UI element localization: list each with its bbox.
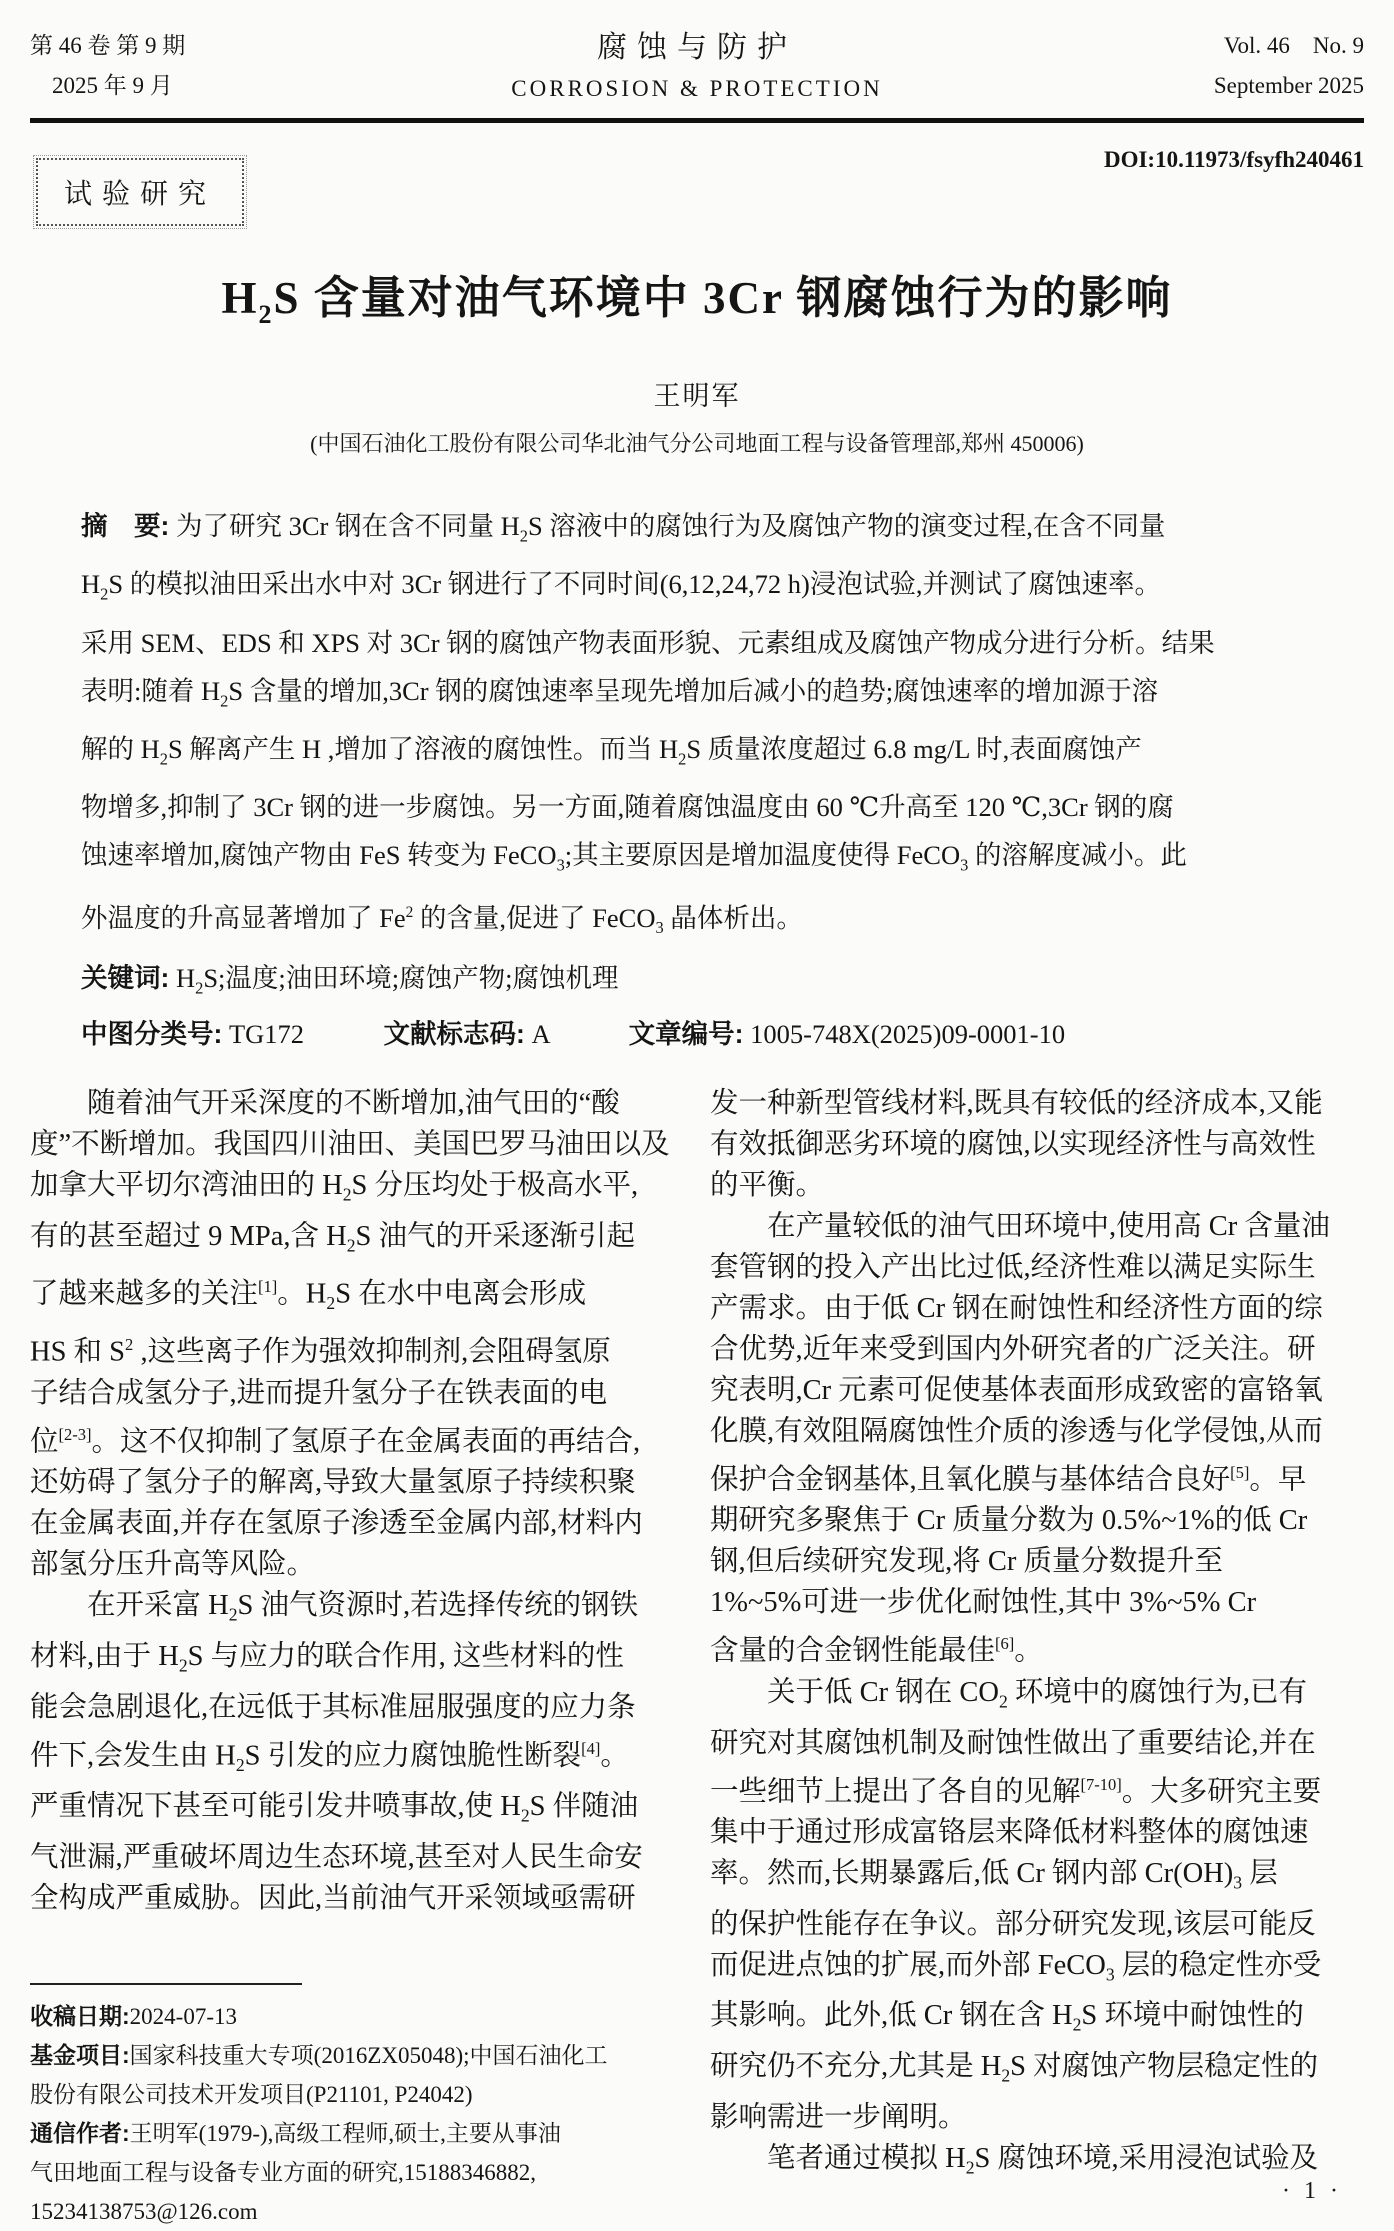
issue-date-line: 2025 年 9 月: [30, 66, 330, 106]
research-type-badge: 试验研究: [36, 158, 244, 226]
author-affiliation: (中国石油化工股份有限公司华北油气分公司地面工程与设备管理部,郑州 450006…: [30, 427, 1364, 458]
volume-info: Vol. 46 No. 9 September 2025: [1064, 26, 1364, 106]
journal-title-cn: 腐蚀与防护: [330, 26, 1064, 70]
body-paragraph: 关于低 Cr 钢在 CO2 环境中的腐蚀行为,已有研究对其腐蚀机制及耐蚀性做出了…: [710, 1672, 1364, 2138]
footnote: 收稿日期:2024-07-13基金项目:国家科技重大专项(2016ZX05048…: [30, 1983, 684, 2231]
footnote-text: 收稿日期:2024-07-13基金项目:国家科技重大专项(2016ZX05048…: [30, 1997, 684, 2231]
body-columns: 随着油气开采深度的不断增加,油气田的“酸度”不断增加。我国四川油田、美国巴罗马油…: [30, 1083, 1364, 2231]
body-paragraph: 发一种新型管线材料,既具有较低的经济成本,又能有效抵御恶劣环境的腐蚀,以实现经济…: [710, 1083, 1364, 1206]
column-left: 随着油气开采深度的不断增加,油气田的“酸度”不断增加。我国四川油田、美国巴罗马油…: [30, 1083, 684, 2231]
body-paragraph: 随着油气开采深度的不断增加,油气田的“酸度”不断增加。我国四川油田、美国巴罗马油…: [30, 1083, 684, 1586]
journal-title-en: CORROSION & PROTECTION: [330, 70, 1064, 108]
abstract-text: 摘 要: 为了研究 3Cr 钢在含不同量 H2S 溶液中的腐蚀行为及腐蚀产物的演…: [81, 502, 1313, 953]
column-right: 发一种新型管线材料,既具有较低的经济成本,又能有效抵御恶劣环境的腐蚀,以实现经济…: [710, 1083, 1364, 2231]
journal-title: 腐蚀与防护 CORROSION & PROTECTION: [330, 26, 1064, 108]
article-title: H2S 含量对油气环境中 3Cr 钢腐蚀行为的影响: [30, 261, 1364, 330]
header-rule: [30, 118, 1364, 123]
author-name: 王明军: [30, 374, 1364, 413]
journal-header: 第 46 卷 第 9 期 2025 年 9 月 腐蚀与防护 CORROSION …: [30, 26, 1364, 108]
paper-page: 第 46 卷 第 9 期 2025 年 9 月 腐蚀与防护 CORROSION …: [0, 0, 1394, 2231]
issue-info: 第 46 卷 第 9 期 2025 年 9 月: [30, 26, 330, 106]
body-paragraph: 在开采富 H2S 油气资源时,若选择传统的钢铁材料,由于 H2S 与应力的联合作…: [30, 1585, 684, 1918]
footnote-divider: [30, 1983, 302, 1985]
issue-volume-line: 第 46 卷 第 9 期: [30, 26, 330, 66]
body-paragraph: 笔者通过模拟 H2S 腐蚀环境,采用浸泡试验及: [710, 2138, 1364, 2189]
volume-month-line: September 2025: [1064, 66, 1364, 106]
volume-number-line: Vol. 46 No. 9: [1064, 26, 1364, 66]
classification-line: 中图分类号: TG172 文献标志码: A 文章编号: 1005-748X(20…: [81, 1011, 1313, 1057]
body-paragraph: 在产量较低的油气田环境中,使用高 Cr 含量油套管钢的投入产出比过低,经济性难以…: [710, 1206, 1364, 1672]
page-number: · 1 ·: [1282, 2178, 1342, 2205]
keywords-line: 关键词: H2S;温度;油田环境;腐蚀产物;腐蚀机理: [81, 955, 1313, 1011]
